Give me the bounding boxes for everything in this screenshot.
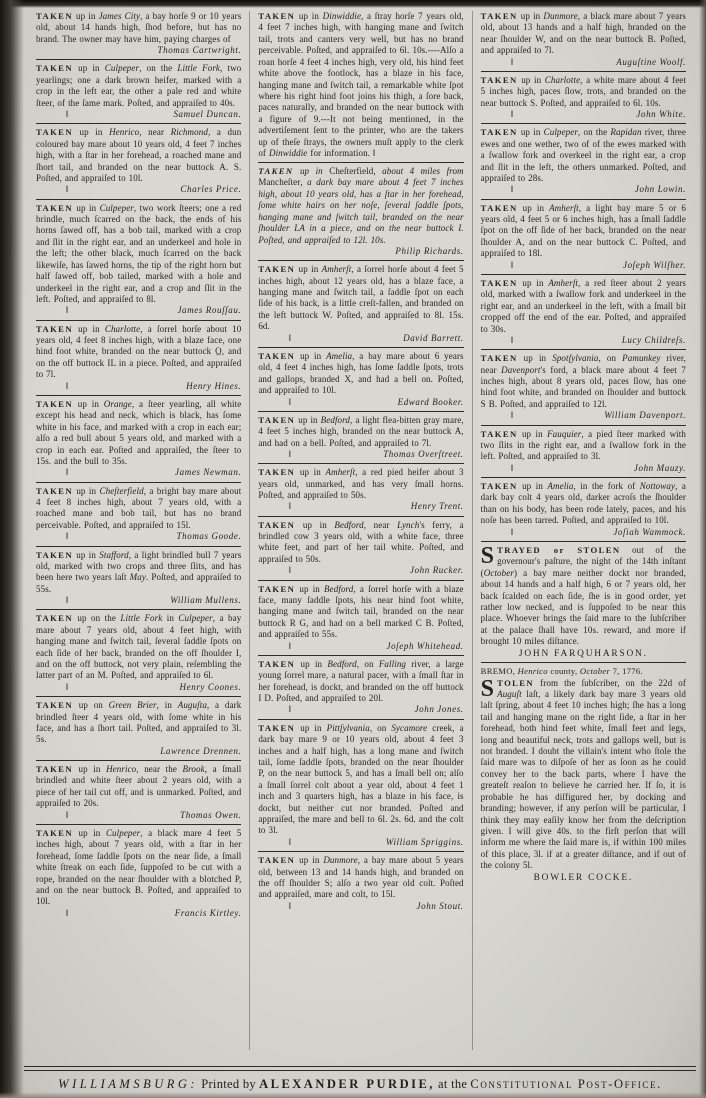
notice-body: TAKEN up in Amherſt, a red pied heifer a… bbox=[258, 467, 463, 501]
paragraph-mark: ‖ bbox=[66, 184, 69, 196]
signature-name: John Lowin. bbox=[635, 184, 686, 196]
notice-body: STRAYED or STOLEN out of the governour's… bbox=[481, 545, 686, 648]
notice-lead-word: TAKEN bbox=[36, 764, 73, 774]
footer-double-rule bbox=[24, 1066, 696, 1071]
notice-body: TAKEN up in Henrico, near Richmond, a du… bbox=[36, 127, 241, 184]
drop-cap: S bbox=[481, 545, 497, 566]
signature-line: ‖William Spriggins. bbox=[258, 837, 463, 849]
signature-name: John White. bbox=[636, 109, 686, 121]
imprint-line: WILLIAMSBURG: Printed by ALEXANDER PURDI… bbox=[24, 1077, 696, 1092]
signature-name: JOHN FARQUHARSON. bbox=[519, 648, 648, 660]
paragraph-mark: ‖ bbox=[66, 810, 69, 822]
signature-name: Joſeph Wilſher. bbox=[623, 260, 686, 272]
signature-line: ‖Joſiah Wammock. bbox=[481, 527, 686, 539]
italic-text: Culpeper bbox=[105, 63, 139, 73]
notice-separator-rule bbox=[481, 477, 686, 478]
signature-name: Thomas Overſtreet. bbox=[383, 449, 463, 461]
scan-edge-right bbox=[699, 0, 706, 1098]
italic-text: Amelia bbox=[547, 481, 573, 491]
notice: TAKEN up in Amelia, in the fork of Notto… bbox=[481, 481, 686, 538]
notice-lead-word: TAKEN bbox=[36, 486, 73, 496]
paragraph-mark: ‖ bbox=[511, 463, 514, 475]
notice-body: TAKEN up in Cheſterfield, a bright bay m… bbox=[36, 486, 241, 532]
scan-edge-top bbox=[0, 0, 706, 8]
signature-name: Lucy Childreſs. bbox=[622, 335, 686, 347]
italic-text: Culpeper bbox=[106, 828, 140, 838]
paragraph-mark: ‖ bbox=[288, 333, 291, 345]
notice-body: TAKEN up in Dunmore, a black mare about … bbox=[481, 11, 686, 57]
signature-line: ‖Joſeph Wilſher. bbox=[481, 260, 686, 272]
notices-area: TAKEN up in James City, a bay horſe 9 or… bbox=[28, 11, 694, 1050]
signature-line: ‖John Rucker. bbox=[258, 565, 463, 577]
signature-line: ‖James Rouſſau. bbox=[36, 305, 241, 317]
signature-line: ‖James Newman. bbox=[36, 467, 241, 479]
notice: TAKEN up in Fauquier, a pied ſteer marke… bbox=[481, 429, 686, 475]
italic-text: Lynch bbox=[397, 520, 419, 530]
imprint-printer-name: ALEXANDER PURDIE, bbox=[259, 1077, 435, 1091]
paragraph-mark: ‖ bbox=[288, 449, 291, 461]
paragraph-mark: ‖ bbox=[511, 410, 514, 422]
notice-lead-word: TAKEN bbox=[481, 481, 518, 491]
signature-line: ‖Samuel Duncan. bbox=[36, 109, 241, 121]
notice-separator-rule bbox=[258, 411, 463, 412]
notice-dateline: BREMO, Henrico county, October 7, 1776. bbox=[481, 666, 686, 677]
notice-body: TAKEN up in Amelia, a bay mare about 6 y… bbox=[258, 351, 463, 397]
italic-text: Bedford bbox=[334, 520, 363, 530]
italic-text: Mancheſter bbox=[258, 177, 300, 187]
paragraph-mark: ‖ bbox=[66, 682, 69, 694]
scan-edge-left bbox=[0, 0, 24, 1098]
notice-separator-rule bbox=[36, 696, 241, 697]
signature-name: John Stout. bbox=[417, 901, 464, 913]
signature-line: ‖John Mauzy. bbox=[481, 463, 686, 475]
notice-body: TAKEN up in Culpeper, on the Rapidan riv… bbox=[481, 127, 686, 184]
imprint-footer: WILLIAMSBURG: Printed by ALEXANDER PURDI… bbox=[24, 1066, 696, 1092]
signature-line: ‖Lucy Childreſs. bbox=[481, 335, 686, 347]
italic-text: Amherſt bbox=[326, 467, 356, 477]
paragraph-mark: ‖ bbox=[66, 908, 69, 920]
notice-lead-word: TAKEN bbox=[36, 203, 73, 213]
imprint-office-name: Constitutional Post-Office. bbox=[470, 1077, 661, 1091]
notice-lead-word: TRAYED or STOLEN bbox=[497, 545, 620, 555]
notice-body: TAKEN up in Orange, a ſteer yearling, al… bbox=[36, 399, 241, 468]
paragraph-mark: ‖ bbox=[511, 527, 514, 539]
notice: TAKEN up in Pittſylvania, on Sycamore cr… bbox=[258, 723, 463, 849]
notice: TAKEN up in Bedford, a light flea-bitten… bbox=[258, 415, 463, 461]
notice: TAKEN up in Amherſt, a red ſteer about 2… bbox=[481, 278, 686, 347]
notice: TAKEN up in Henrico, near the Brook, a ſ… bbox=[36, 764, 241, 821]
notice-body: TAKEN up in Fauquier, a pied ſteer marke… bbox=[481, 429, 686, 463]
notice-separator-rule bbox=[36, 609, 241, 610]
notice-body: TAKEN up in Amherſt, a light bay mare 5 … bbox=[481, 203, 686, 260]
signature-name: BOWLER COCKE. bbox=[534, 872, 633, 884]
italic-text: Amherſt bbox=[549, 203, 579, 213]
notice-body: TAKEN up in Bedford, a ſorrel horſe with… bbox=[258, 584, 463, 641]
italic-text: Culpeper bbox=[544, 127, 578, 137]
notice-lead-word: TAKEN bbox=[258, 659, 295, 669]
italic-text: May bbox=[130, 572, 146, 582]
notice-lead-word: TAKEN bbox=[36, 399, 73, 409]
notice-body: TAKEN up in Amherſt, a ſorrel horſe abou… bbox=[258, 264, 463, 333]
italic-text: Henrico bbox=[106, 764, 136, 774]
notice-separator-rule bbox=[258, 162, 463, 163]
signature-name: Philip Richards. bbox=[395, 246, 463, 258]
notice-lead-word: TAKEN bbox=[258, 723, 295, 733]
notice-lead-word: TAKEN bbox=[36, 127, 73, 137]
notice: TAKEN up in Dinwiddie, a ſtray horſe 7 y… bbox=[258, 11, 463, 159]
notice-separator-rule bbox=[36, 123, 241, 124]
notice-separator-rule bbox=[481, 199, 686, 200]
signature-name: Thomas Cartwright. bbox=[158, 45, 242, 57]
paragraph-mark: ‖ bbox=[288, 397, 291, 409]
notice-lead-word: TAKEN bbox=[258, 415, 295, 425]
column-left: TAKEN up in James City, a bay horſe 9 or… bbox=[28, 11, 249, 1050]
notice-separator-rule bbox=[36, 320, 241, 321]
notice-body: TAKEN up in Dinwiddie, a ſtray horſe 7 y… bbox=[258, 11, 463, 159]
notice: TAKEN up in Dunmore, a black mare about … bbox=[481, 11, 686, 68]
notice-lead-word: TAKEN bbox=[36, 550, 73, 560]
notice-separator-rule bbox=[36, 59, 241, 60]
paragraph-mark: ‖ bbox=[66, 531, 69, 543]
signature-line: ‖Henry Coones. bbox=[36, 682, 241, 694]
notice: TAKEN up in Amelia, a bay mare about 6 y… bbox=[258, 351, 463, 408]
notice-separator-rule bbox=[481, 123, 686, 124]
signature-line: ‖Henry Trent. bbox=[258, 501, 463, 513]
notice: TAKEN up in Orange, a ſteer yearling, al… bbox=[36, 399, 241, 479]
notice-separator-rule bbox=[36, 395, 241, 396]
notice-lead-word: TAKEN bbox=[258, 584, 295, 594]
italic-text: Pittſylvania bbox=[327, 723, 370, 733]
notice-lead-word: TAKEN bbox=[481, 278, 518, 288]
signature-name: Henry Coones. bbox=[180, 682, 242, 694]
notice-lead-word: TAKEN bbox=[36, 11, 73, 21]
notice-lead-word: TAKEN bbox=[36, 613, 73, 623]
paragraph-mark: ‖ bbox=[66, 467, 69, 479]
notice: TAKEN up in Dunmore, a bay mare about 5 … bbox=[258, 855, 463, 912]
notice-lead-word: TAKEN bbox=[258, 855, 295, 865]
column-middle: TAKEN up in Dinwiddie, a ſtray horſe 7 y… bbox=[249, 11, 471, 1050]
notice-body: TAKEN up on the Little Fork in Culpeper,… bbox=[36, 613, 241, 682]
signature-line: ‖Francis Kirtley. bbox=[36, 908, 241, 920]
notice-separator-rule bbox=[36, 482, 241, 483]
signature-line: ‖Charles Price. bbox=[36, 184, 241, 196]
signature-name: Charles Price. bbox=[180, 184, 241, 196]
notice-separator-rule bbox=[258, 851, 463, 852]
italic-text: Brook bbox=[183, 764, 205, 774]
signature-line: Thomas Cartwright. bbox=[36, 45, 241, 57]
notice: TAKEN up in Culpeper, on the Rapidan riv… bbox=[481, 127, 686, 196]
italic-text: Bedford bbox=[324, 584, 353, 594]
notice-separator-rule bbox=[258, 347, 463, 348]
signature-name: William Davenport. bbox=[604, 410, 686, 422]
notice-lead-word: TAKEN bbox=[481, 75, 518, 85]
signature-name: John Jones. bbox=[415, 704, 464, 716]
notice-lead-word: TAKEN bbox=[258, 467, 295, 477]
italic-text: Auguſt bbox=[497, 689, 522, 699]
italic-text: Culpeper bbox=[178, 613, 212, 623]
italic-text: Culpeper bbox=[100, 203, 134, 213]
signature-name: David Barrett. bbox=[403, 333, 464, 345]
paragraph-mark: ‖ bbox=[66, 305, 69, 317]
italic-text: Dunmore bbox=[323, 855, 357, 865]
italic-text: Amelia bbox=[326, 351, 352, 361]
signature-name: John Mauzy. bbox=[634, 463, 686, 475]
notice: TAKEN up on the Little Fork in Culpeper,… bbox=[36, 613, 241, 693]
signature-line: ‖John White. bbox=[481, 109, 686, 121]
notice: TAKEN up in Henrico, near Richmond, a du… bbox=[36, 127, 241, 196]
paragraph-mark: ‖ bbox=[66, 109, 69, 121]
signature-name: Joſeph Whitehead. bbox=[386, 641, 463, 653]
notice-separator-rule bbox=[481, 71, 686, 72]
signature-line: ‖John Stout. bbox=[258, 901, 463, 913]
notice-lead-word: TAKEN bbox=[258, 520, 295, 530]
italic-text: James City bbox=[99, 11, 140, 21]
notice-lead-word: TAKEN bbox=[481, 11, 518, 21]
signature-line: ‖Edward Booker. bbox=[258, 397, 463, 409]
signature-name: Francis Kirtley. bbox=[175, 908, 242, 920]
signature-line: ‖Thomas Owen. bbox=[36, 810, 241, 822]
notice: TAKEN up in Charlotte, a white mare abou… bbox=[481, 75, 686, 121]
notice-body: TAKEN up in Charlotte, a white mare abou… bbox=[481, 75, 686, 109]
italic-text: Auguſta bbox=[178, 700, 207, 710]
notice-body: TAKEN up in Cheſterfield, about 4 miles … bbox=[258, 166, 463, 246]
signature-name: Lawrence Drennen. bbox=[160, 746, 241, 758]
notice-body: TAKEN up in Dunmore, a bay mare about 5 … bbox=[258, 855, 463, 901]
notice: TAKEN up in Culpeper, on the Little Fork… bbox=[36, 63, 241, 120]
italic-text: Dunmore bbox=[543, 11, 577, 21]
signature-line: ‖David Barrett. bbox=[258, 333, 463, 345]
signature-line: ‖William Mullens. bbox=[36, 595, 241, 607]
paragraph-mark: ‖ bbox=[511, 184, 514, 196]
notice-separator-rule bbox=[481, 425, 686, 426]
signature-line: ‖William Davenport. bbox=[481, 410, 686, 422]
notice: TAKEN up on Green Brier, in Auguſta, a d… bbox=[36, 700, 241, 757]
notice-body: TAKEN up in Culpeper, a black mare 4 fee… bbox=[36, 828, 241, 908]
italic-text: Charlotte bbox=[545, 75, 580, 85]
signature-line: ‖Henry Hines. bbox=[36, 381, 241, 393]
italic-text: Henrico bbox=[109, 127, 139, 137]
notice-body: TAKEN up in Amherſt, a red ſteer about 2… bbox=[481, 278, 686, 335]
notice-lead-word: TAKEN bbox=[258, 166, 293, 176]
signature-line: ‖Joſeph Whitehead. bbox=[258, 641, 463, 653]
paragraph-mark: ‖ bbox=[66, 595, 69, 607]
notice-separator-rule bbox=[36, 824, 241, 825]
signature-name: Edward Booker. bbox=[398, 397, 464, 409]
signature-name: James Rouſſau. bbox=[177, 305, 241, 317]
notice-separator-rule bbox=[258, 260, 463, 261]
notice-lead-word: TAKEN bbox=[258, 11, 295, 21]
notice-lead-word: TAKEN bbox=[481, 353, 518, 363]
notice-body: TAKEN up on Green Brier, in Auguſta, a d… bbox=[36, 700, 241, 746]
signature-line: ‖Thomas Overſtreet. bbox=[258, 449, 463, 461]
signature-name: Samuel Duncan. bbox=[173, 109, 241, 121]
notice: TAKEN up in Amherſt, a light bay mare 5 … bbox=[481, 203, 686, 272]
italic-text: Little Fork bbox=[177, 63, 220, 73]
notice-lead-word: TAKEN bbox=[36, 828, 73, 838]
signature-line: ‖John Lowin. bbox=[481, 184, 686, 196]
signature-line: Lawrence Drennen. bbox=[36, 746, 241, 758]
italic-text: Fauquier bbox=[547, 429, 581, 439]
notice-body: TAKEN up in Bedford, on Falling river, a… bbox=[258, 659, 463, 705]
notice: TAKEN up in Spotſylvania, on Pamunkey ri… bbox=[481, 353, 686, 422]
signature-name: Thomas Goode. bbox=[177, 531, 242, 543]
italic-text: Cheſterfield bbox=[329, 166, 373, 176]
notice-separator-rule bbox=[481, 662, 686, 663]
notice: TAKEN up in Bedford, a ſorrel horſe with… bbox=[258, 584, 463, 653]
paragraph-mark: ‖ bbox=[288, 641, 291, 653]
notice: TAKEN up in Culpeper, two work ſteers; o… bbox=[36, 203, 241, 317]
paragraph-mark: ‖ bbox=[66, 381, 69, 393]
italic-text: Nottoway bbox=[640, 481, 675, 491]
italic-text: October bbox=[484, 568, 514, 578]
signature-name: William Mullens. bbox=[170, 595, 241, 607]
notice-body: TAKEN up in James City, a bay horſe 9 or… bbox=[36, 11, 241, 45]
notice-lead-word: TAKEN bbox=[481, 203, 518, 213]
signature-name: Thomas Owen. bbox=[180, 810, 241, 822]
signature-line: ‖Thomas Goode. bbox=[36, 531, 241, 543]
notice-separator-rule bbox=[258, 516, 463, 517]
notice: TAKEN up in Amherſt, a red pied heifer a… bbox=[258, 467, 463, 513]
italic-text: Stafford bbox=[99, 550, 128, 560]
signature-name: Henry Trent. bbox=[411, 501, 464, 513]
signature-line: ‖Auguſtine Woolf. bbox=[481, 57, 686, 69]
notice-body: TAKEN up in Henrico, near the Brook, a ſ… bbox=[36, 764, 241, 810]
signature-line: Philip Richards. bbox=[258, 246, 463, 258]
notice: BREMO, Henrico county, October 7, 1776.S… bbox=[481, 666, 686, 884]
italic-text: Henrico bbox=[518, 666, 548, 676]
notice: TAKEN up in Charlotte, a ſorrel horſe ab… bbox=[36, 324, 241, 393]
newspaper-page: TAKEN up in James City, a bay horſe 9 or… bbox=[0, 0, 706, 1098]
italic-text: Falling bbox=[379, 659, 406, 669]
italic-text: Dinwiddie bbox=[323, 11, 361, 21]
notice-separator-rule bbox=[36, 546, 241, 547]
notice-separator-rule bbox=[36, 760, 241, 761]
notice: TAKEN up in James City, a bay horſe 9 or… bbox=[36, 11, 241, 57]
notice-lead-word: TAKEN bbox=[258, 264, 295, 274]
notice-lead-word: TAKEN bbox=[36, 324, 73, 334]
italic-text: Cheſterfield bbox=[100, 486, 144, 496]
notice-body: TAKEN up in Bedford, a light flea-bitten… bbox=[258, 415, 463, 449]
italic-text: Pamunkey bbox=[622, 353, 660, 363]
signature-name: Henry Hines. bbox=[186, 381, 241, 393]
signature-name: William Spriggins. bbox=[386, 837, 464, 849]
signature-name: James Newman. bbox=[175, 467, 241, 479]
notice-body: TAKEN up in Stafford, a light brindled b… bbox=[36, 550, 241, 596]
italic-text: Sycamore bbox=[391, 723, 427, 733]
notice: TAKEN up in Culpeper, a black mare 4 fee… bbox=[36, 828, 241, 920]
notice: TAKEN up in Bedford, near Lynch's ferry,… bbox=[258, 520, 463, 577]
notice-body: TAKEN up in Charlotte, a ſorrel horſe ab… bbox=[36, 324, 241, 381]
notice-separator-rule bbox=[36, 199, 241, 200]
notice-separator-rule bbox=[258, 463, 463, 464]
scan-edge-bottom bbox=[0, 1092, 706, 1098]
notice-body: STOLEN from the ſubſcriber, on the 22d o… bbox=[481, 678, 686, 872]
italic-text: Green Brier bbox=[109, 700, 157, 710]
italic-text: Davenport bbox=[501, 365, 540, 375]
paragraph-mark: ‖ bbox=[288, 565, 291, 577]
imprint-printed-by: Printed by bbox=[201, 1077, 256, 1091]
imprint-city: WILLIAMSBURG: bbox=[58, 1077, 198, 1091]
notice: TAKEN up in Cheſterfield, about 4 miles … bbox=[258, 166, 463, 258]
notice-lead-word: TOLEN bbox=[497, 678, 534, 688]
notice-separator-rule bbox=[258, 719, 463, 720]
column-right: TAKEN up in Dunmore, a black mare about … bbox=[472, 11, 694, 1050]
italic-text: Rapidan bbox=[610, 127, 641, 137]
notice-separator-rule bbox=[481, 274, 686, 275]
notice-body: TAKEN up in Culpeper, two work ſteers; o… bbox=[36, 203, 241, 306]
drop-cap: S bbox=[481, 678, 497, 699]
notice-separator-rule bbox=[481, 349, 686, 350]
italic-text: Bedford bbox=[327, 659, 356, 669]
paragraph-mark: ‖ bbox=[288, 501, 291, 513]
notice-body: TAKEN up in Spotſylvania, on Pamunkey ri… bbox=[481, 353, 686, 410]
paragraph-mark: ‖ bbox=[288, 901, 291, 913]
italic-text: Charlotte bbox=[105, 324, 140, 334]
signature-line: JOHN FARQUHARSON. bbox=[481, 648, 686, 660]
signature-name: Auguſtine Woolf. bbox=[616, 57, 686, 69]
notice-lead-word: TAKEN bbox=[481, 127, 518, 137]
notice-body: TAKEN up in Pittſylvania, on Sycamore cr… bbox=[258, 723, 463, 837]
notice-separator-rule bbox=[258, 580, 463, 581]
italic-text: Spotſylvania bbox=[552, 353, 598, 363]
italic-text: Amherſt bbox=[322, 264, 352, 274]
notice: TAKEN up in Bedford, on Falling river, a… bbox=[258, 659, 463, 716]
notice-lead-word: TAKEN bbox=[36, 700, 73, 710]
signature-line: ‖John Jones. bbox=[258, 704, 463, 716]
notice-body: TAKEN up in Amelia, in the fork of Notto… bbox=[481, 481, 686, 527]
italic-text: Richmond bbox=[171, 127, 208, 137]
notice-separator-rule bbox=[258, 655, 463, 656]
imprint-at-the: at the bbox=[438, 1077, 467, 1091]
italic-text: Dinwiddie bbox=[269, 148, 307, 158]
italic-text: Amherſt bbox=[548, 278, 578, 288]
paragraph-mark: ‖ bbox=[288, 704, 291, 716]
paragraph-mark: ‖ bbox=[511, 335, 514, 347]
notice-body: TAKEN up in Bedford, near Lynch's ferry,… bbox=[258, 520, 463, 566]
notice-body: TAKEN up in Culpeper, on the Little Fork… bbox=[36, 63, 241, 109]
notice: TAKEN up in Amherſt, a ſorrel horſe abou… bbox=[258, 264, 463, 344]
notice-lead-word: TAKEN bbox=[258, 351, 295, 361]
notice-lead-word: TAKEN bbox=[481, 429, 518, 439]
signature-name: Joſiah Wammock. bbox=[613, 527, 686, 539]
italic-text: Orange bbox=[104, 399, 132, 409]
italic-text: Bedford bbox=[321, 415, 350, 425]
notice-separator-rule bbox=[481, 541, 686, 542]
notice-lead-word: TAKEN bbox=[36, 63, 73, 73]
italic-text: Little Fork bbox=[120, 613, 162, 623]
notice: STRAYED or STOLEN out of the governour's… bbox=[481, 545, 686, 660]
notice: TAKEN up in Cheſterfield, a bright bay m… bbox=[36, 486, 241, 543]
italic-text: October bbox=[580, 666, 610, 676]
signature-line: BOWLER COCKE. bbox=[481, 872, 686, 884]
paragraph-mark: ‖ bbox=[511, 109, 514, 121]
paragraph-mark: ‖ bbox=[511, 57, 514, 69]
signature-name: John Rucker. bbox=[410, 565, 464, 577]
paragraph-mark: ‖ bbox=[511, 260, 514, 272]
notice: TAKEN up in Stafford, a light brindled b… bbox=[36, 550, 241, 607]
paragraph-mark: ‖ bbox=[288, 837, 291, 849]
